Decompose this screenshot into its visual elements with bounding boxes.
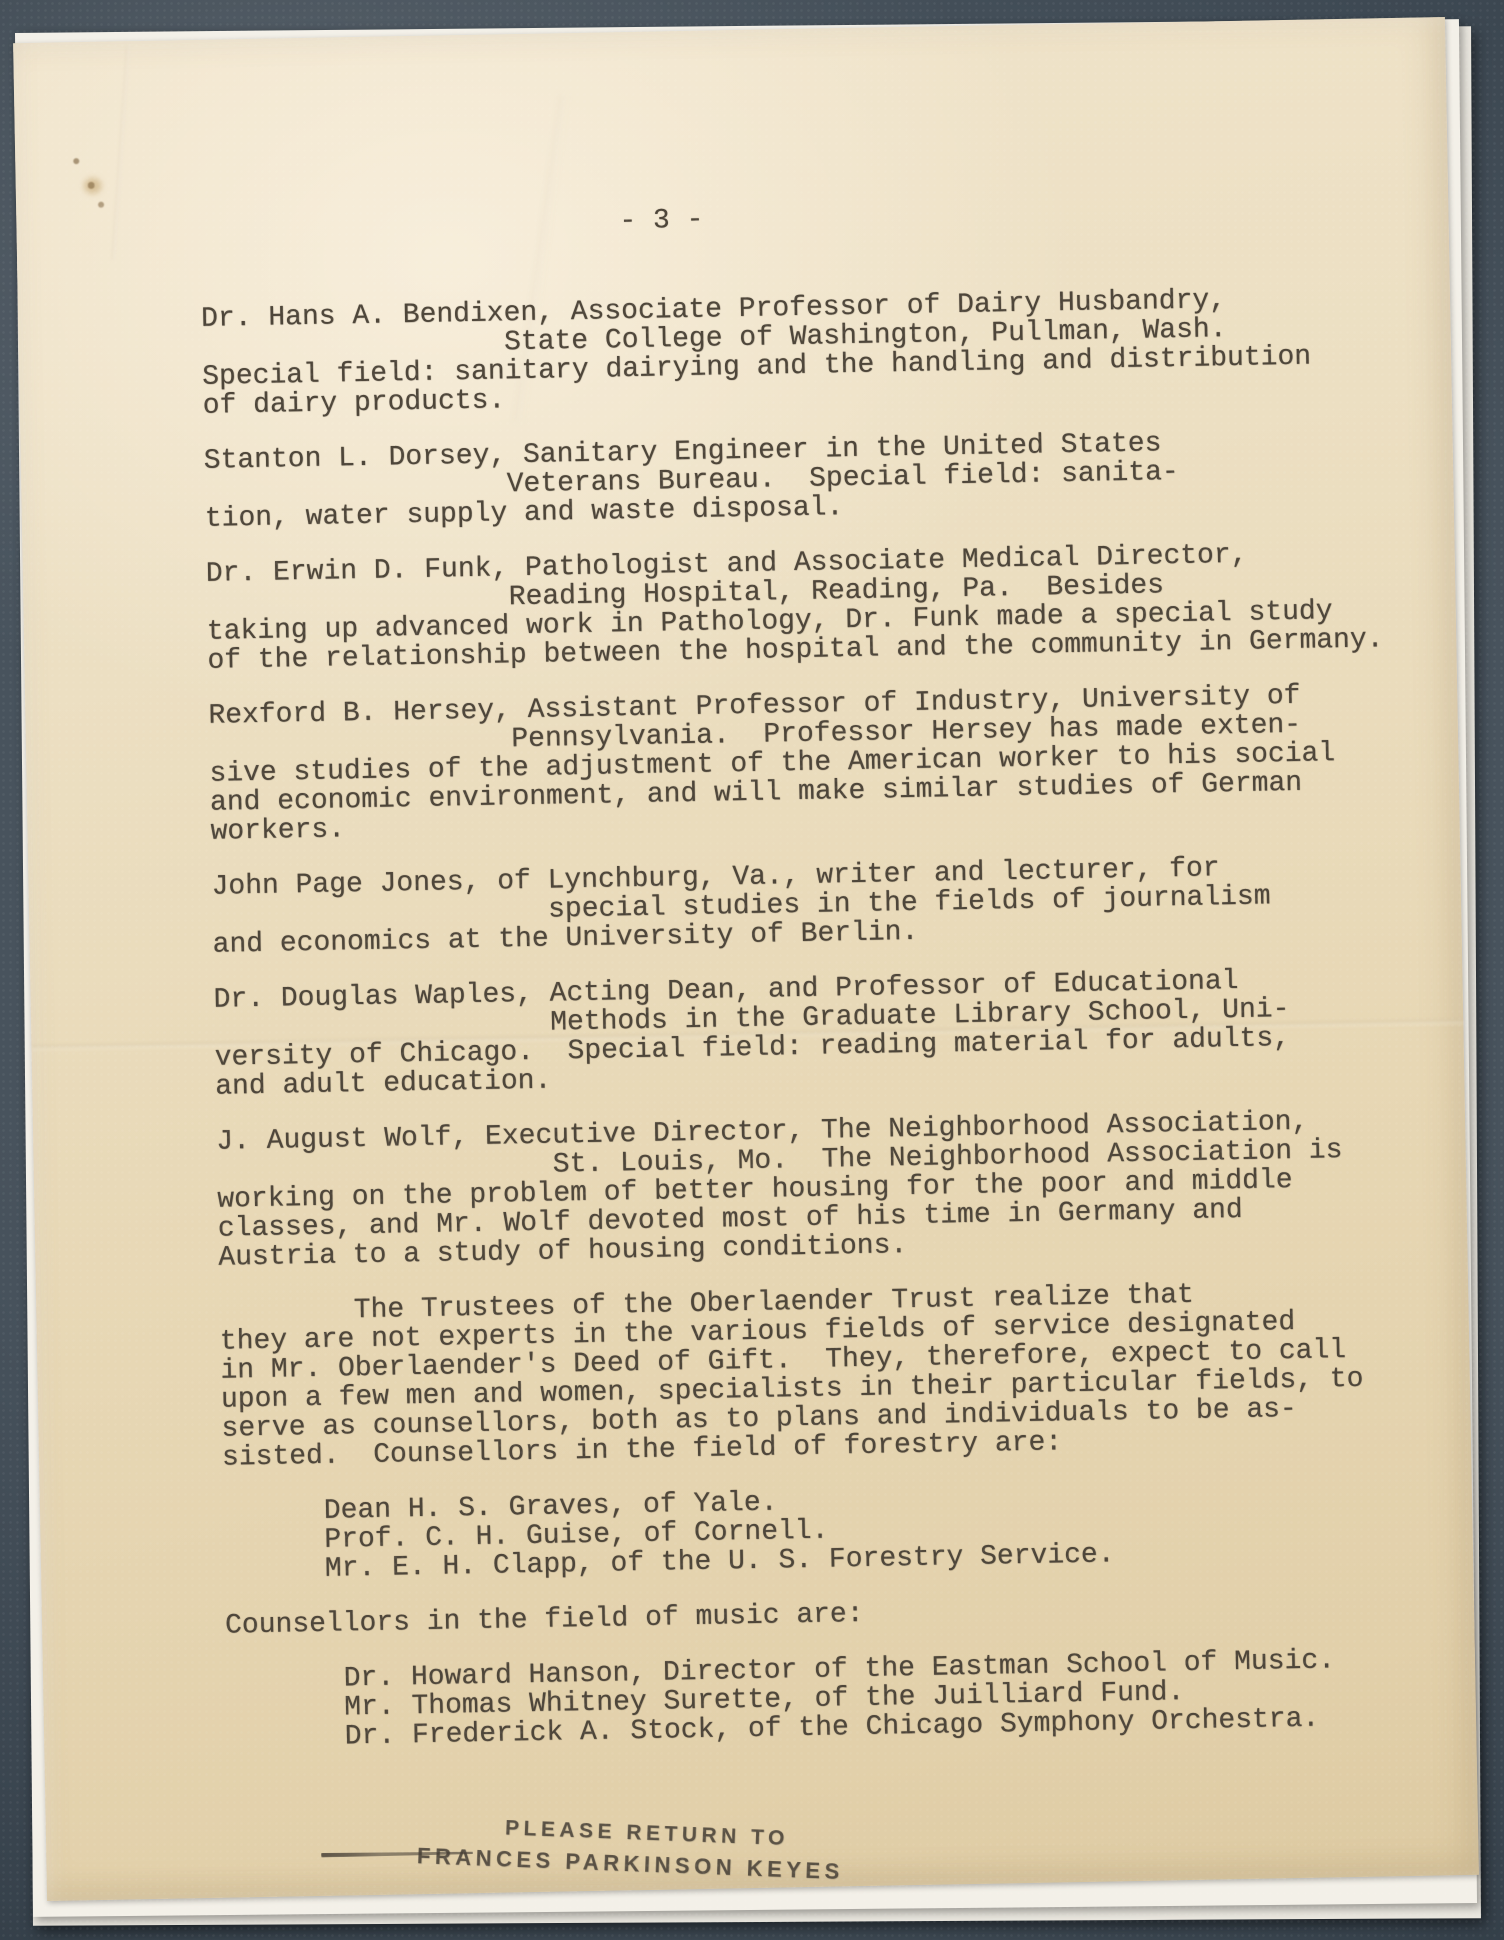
- paper-stain: [98, 202, 104, 208]
- paragraph-dorsey: Stanton L. Dorsey, Sanitary Engineer in …: [204, 425, 1415, 534]
- heading-music-counsellors: Counsellors in the field of music are:: [225, 1589, 1435, 1640]
- paragraph-funk: Dr. Erwin D. Funk, Pathologist and Assoc…: [206, 538, 1418, 676]
- document-page: - 3 - Dr. Hans A. Bendixen, Associate Pr…: [13, 17, 1479, 1901]
- paragraph-hersey: Rexford B. Hersey, Assistant Professor o…: [208, 680, 1420, 847]
- page-number: - 3 -: [619, 206, 704, 237]
- paragraph-waples: Dr. Douglas Waples, Acting Dean, and Pro…: [213, 964, 1425, 1102]
- paper-stain: [73, 158, 79, 164]
- paragraph-bendixen: Dr. Hans A. Bendixen, Associate Professo…: [201, 283, 1413, 421]
- paragraph-jones: John Page Jones, of Lynchburg, Va., writ…: [211, 851, 1422, 960]
- stamp-text-top: PLEASE RETURN TO: [505, 1816, 790, 1851]
- list-forestry-counsellors: Dean H. S. Graves, of Yale. Prof. C. H. …: [223, 1477, 1434, 1586]
- return-stamp: PLEASE RETURN TO FRANCES PARKINSON KEYES: [315, 1802, 879, 1933]
- list-music-counsellors: Dr. Howard Hanson, Director of the Eastm…: [226, 1644, 1437, 1753]
- typewritten-text: Dr. Hans A. Bendixen, Associate Professo…: [201, 283, 1438, 1780]
- paragraph-wolf: J. August Wolf, Executive Director, The …: [216, 1106, 1428, 1273]
- paper-crease: [112, 45, 131, 260]
- paragraph-trustees: The Trustees of the Oberlaender Trust re…: [219, 1277, 1432, 1473]
